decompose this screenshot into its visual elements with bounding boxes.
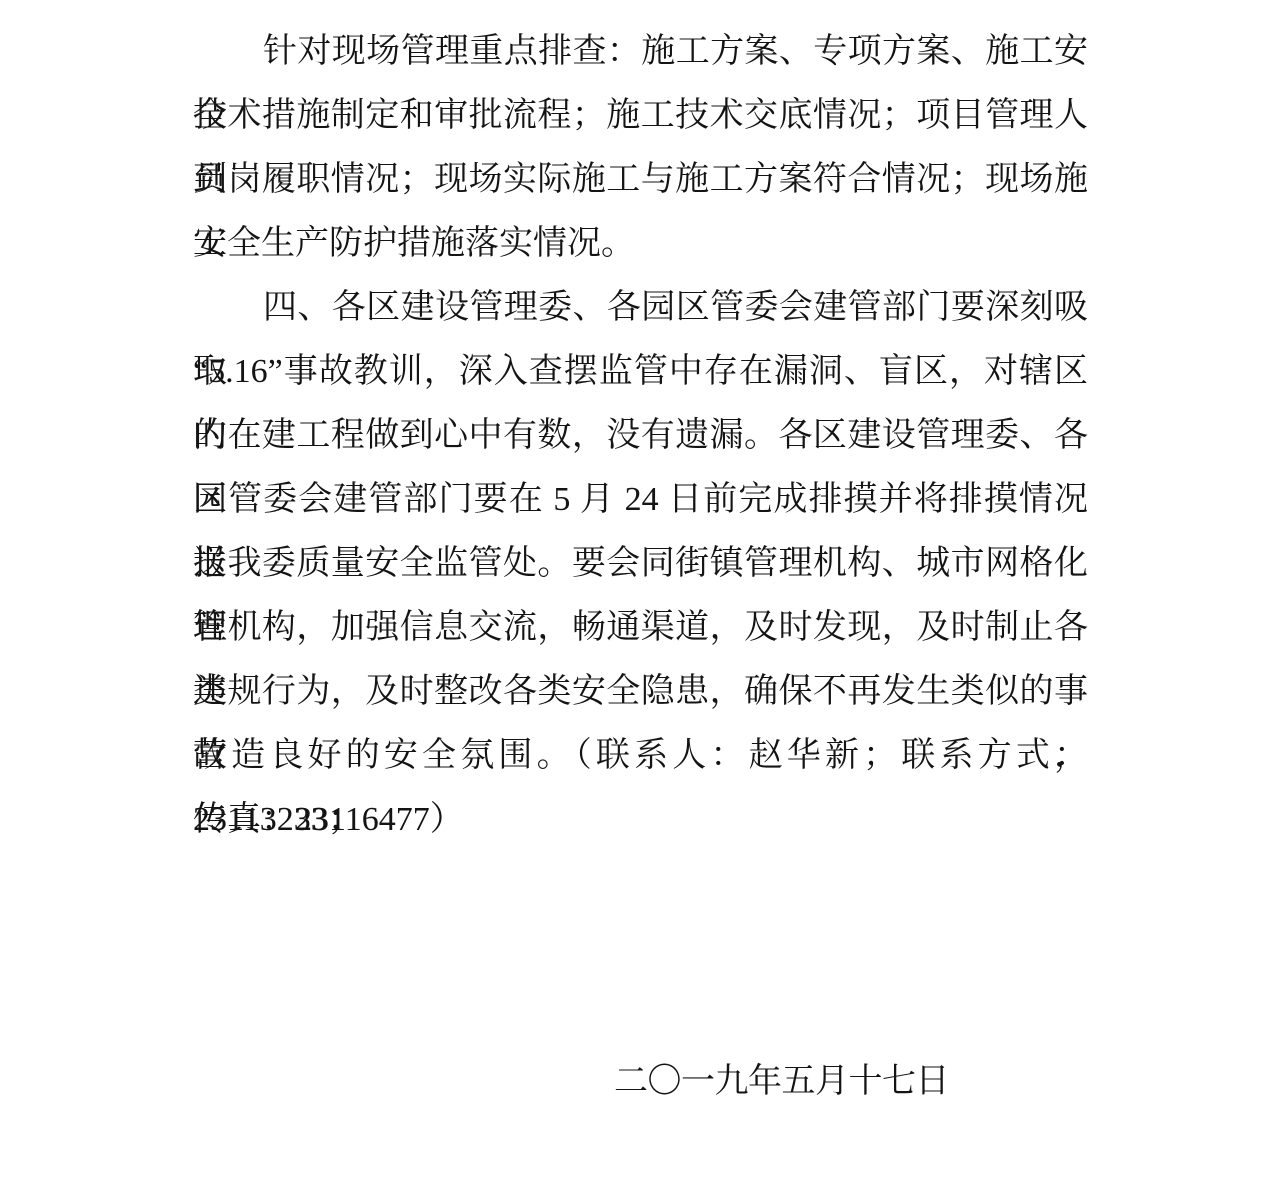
text-line: “5.16”事故教训，深入查摆监管中存在漏洞、盲区，对辖区内 <box>193 340 1088 404</box>
text-line: 传真：23116477） <box>193 788 1088 852</box>
text-line: 技术措施制定和审批流程；施工技术交底情况；项目管理人员 <box>193 84 1088 148</box>
text-line: 到岗履职情况；现场实际施工与施工方案符合情况；现场施工 <box>193 148 1088 212</box>
document-page: 针对现场管理重点排查：施工方案、专项方案、施工安全 技术措施制定和审批流程；施工… <box>0 0 1280 1199</box>
date-line: 二〇一九年五月十七日 <box>614 1050 949 1114</box>
text-line: 的在建工程做到心中有数，没有遗漏。各区建设管理委、各园 <box>193 404 1088 468</box>
text-line: 区管委会建管部门要在 5 月 24 日前完成排摸并将排摸情况报 <box>193 468 1088 532</box>
text-line: 安全生产防护措施落实情况。 <box>193 212 1088 276</box>
text-line: 送我委质量安全监管处。要会同街镇管理机构、城市网格化管 <box>193 532 1088 596</box>
text-line: 违规行为，及时整改各类安全隐患，确保不再发生类似的事故， <box>193 660 1088 724</box>
text-line: 营造良好的安全氛围。（联系人：赵华新；联系方式：23113233； <box>193 724 1088 788</box>
text-line: 针对现场管理重点排查：施工方案、专项方案、施工安全 <box>193 20 1088 84</box>
text-line: 四、各区建设管理委、各园区管委会建管部门要深刻吸取 <box>193 276 1088 340</box>
text-line: 理机构，加强信息交流，畅通渠道，及时发现，及时制止各类 <box>193 596 1088 660</box>
document-body: 针对现场管理重点排查：施工方案、专项方案、施工安全 技术措施制定和审批流程；施工… <box>193 20 1088 852</box>
